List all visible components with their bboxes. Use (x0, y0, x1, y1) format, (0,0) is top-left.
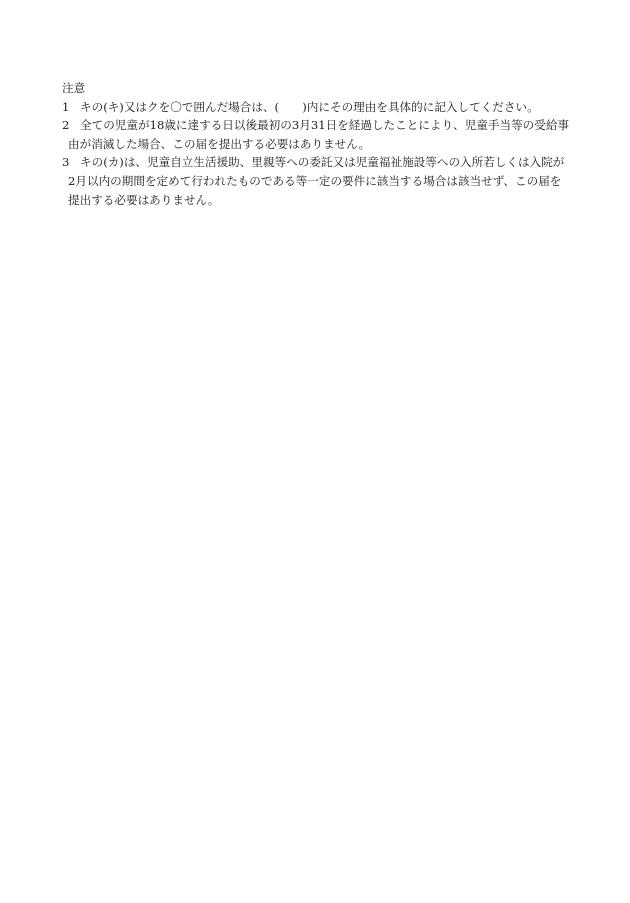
note-number: 2 (62, 116, 80, 135)
note-number: 1 (62, 98, 80, 117)
note-number: 3 (62, 153, 80, 172)
note-text-continued: 由が消滅した場合、この届を提出する必要はありません。 (62, 135, 572, 154)
note-text: 全ての児童が18歳に達する日以後最初の3月31日を経過したことにより、児童手当等… (80, 116, 572, 135)
notes-section: 注意 1 キの(キ)又はクを〇で囲んだ場合は、( )内にその理由を具体的に記入し… (62, 79, 572, 209)
note-item-1: 1 キの(キ)又はクを〇で囲んだ場合は、( )内にその理由を具体的に記入してくだ… (62, 98, 572, 117)
note-item-3: 3 キの(カ)は、児童自立生活援助、里親等への委託又は児童福祉施設等への入所若し… (62, 153, 572, 209)
notes-heading: 注意 (62, 79, 572, 98)
note-item-2: 2 全ての児童が18歳に達する日以後最初の3月31日を経過したことにより、児童手… (62, 116, 572, 153)
note-text-continued: 2月以内の期間を定めて行われたものである等一定の要件に該当する場合は該当せず、こ… (62, 172, 572, 191)
note-text: キの(キ)又はクを〇で囲んだ場合は、( )内にその理由を具体的に記入してください… (80, 98, 572, 117)
note-text-continued: 提出する必要はありません。 (62, 191, 572, 210)
note-text: キの(カ)は、児童自立生活援助、里親等への委託又は児童福祉施設等への入所若しくは… (80, 153, 572, 172)
